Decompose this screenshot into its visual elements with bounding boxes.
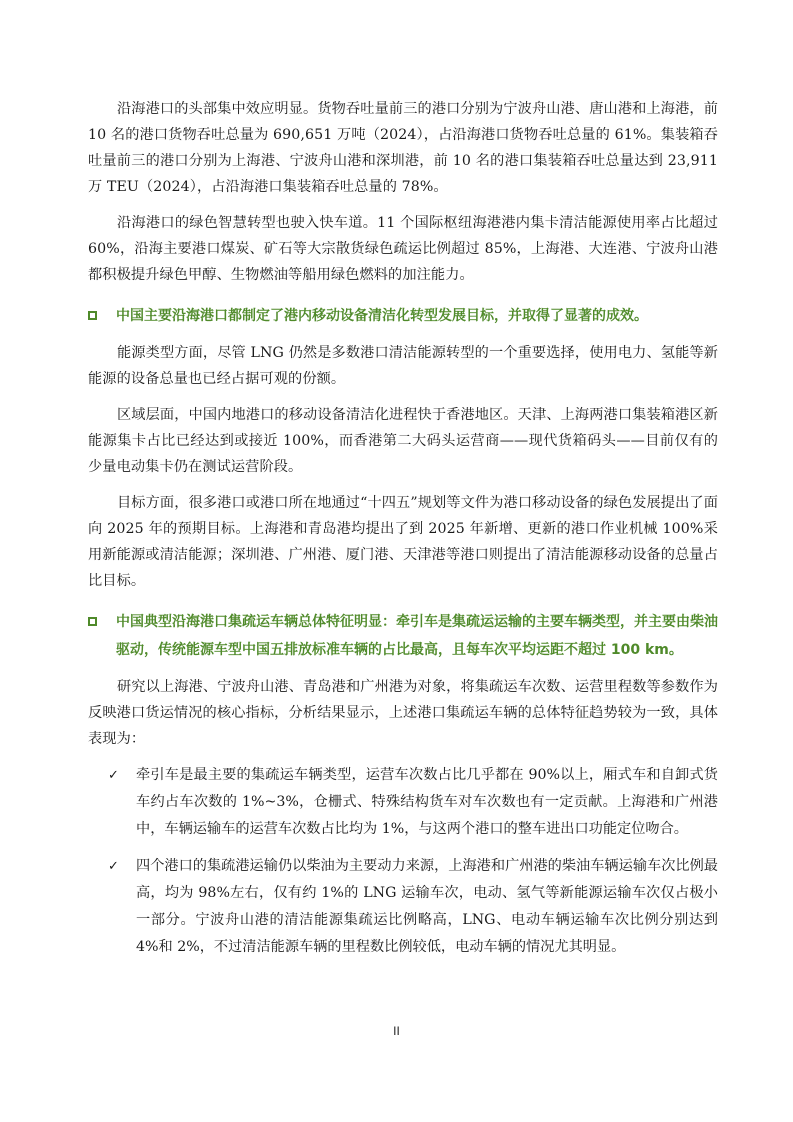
square-bullet-icon [88,617,97,626]
paragraph-energy-type: 能源类型方面，尽管 LNG 仍然是多数港口清洁能源转型的一个重要选择，使用电力、… [88,340,718,392]
section-heading-text: 中国主要沿海港口都制定了港内移动设备清洁化转型发展目标，并取得了显著的成效。 [116,308,648,324]
page-content: 沿海港口的头部集中效应明显。货物吞吐量前三的港口分别为宁波舟山港、唐山港和上海港… [88,96,718,971]
section-heading-text: 中国典型沿海港口集疏运车辆总体特征明显：牵引车是集疏运运输的主要车辆类型，并主要… [116,614,718,658]
section-heading-mobile-equipment: 中国主要沿海港口都制定了港内移动设备清洁化转型发展目标，并取得了显著的成效。 [88,302,718,330]
list-item: ✓ 四个港口的集疏港运输仍以柴油为主要动力来源，上海港和广州港的柴油车辆运输车次… [96,853,718,961]
section-heading-vehicles: 中国典型沿海港口集疏运车辆总体特征明显：牵引车是集疏运运输的主要车辆类型，并主要… [88,608,718,664]
square-bullet-icon [88,311,97,320]
paragraph-green-transition: 沿海港口的绿色智慧转型也驶入快车道。11 个国际枢纽海港港内集卡清洁能源使用率占… [88,210,718,288]
list-item: ✓ 牵引车是最主要的集疏运车辆类型，运营车次数占比几乎都在 90%以上，厢式车和… [96,762,718,843]
paragraph-research-scope: 研究以上海港、宁波舟山港、青岛港和广州港为对象，将集疏运车次数、运营里程数等参数… [88,674,718,752]
document-page: 沿海港口的头部集中效应明显。货物吞吐量前三的港口分别为宁波舟山港、唐山港和上海港… [0,0,793,1122]
checkmark-icon: ✓ [108,853,119,880]
page-number: II [0,1024,793,1038]
paragraph-port-concentration: 沿海港口的头部集中效应明显。货物吞吐量前三的港口分别为宁波舟山港、唐山港和上海港… [88,96,718,200]
paragraph-regional: 区域层面，中国内地港口的移动设备清洁化进程快于香港地区。天津、上海两港口集装箱港… [88,402,718,480]
paragraph-targets: 目标方面，很多港口或港口所在地通过“十四五”规划等文件为港口移动设备的绿色发展提… [88,490,718,594]
list-item-text: 牵引车是最主要的集疏运车辆类型，运营车次数占比几乎都在 90%以上，厢式车和自卸… [136,767,718,837]
checkmark-icon: ✓ [108,762,119,789]
list-item-text: 四个港口的集疏港运输仍以柴油为主要动力来源，上海港和广州港的柴油车辆运输车次比例… [136,858,718,955]
